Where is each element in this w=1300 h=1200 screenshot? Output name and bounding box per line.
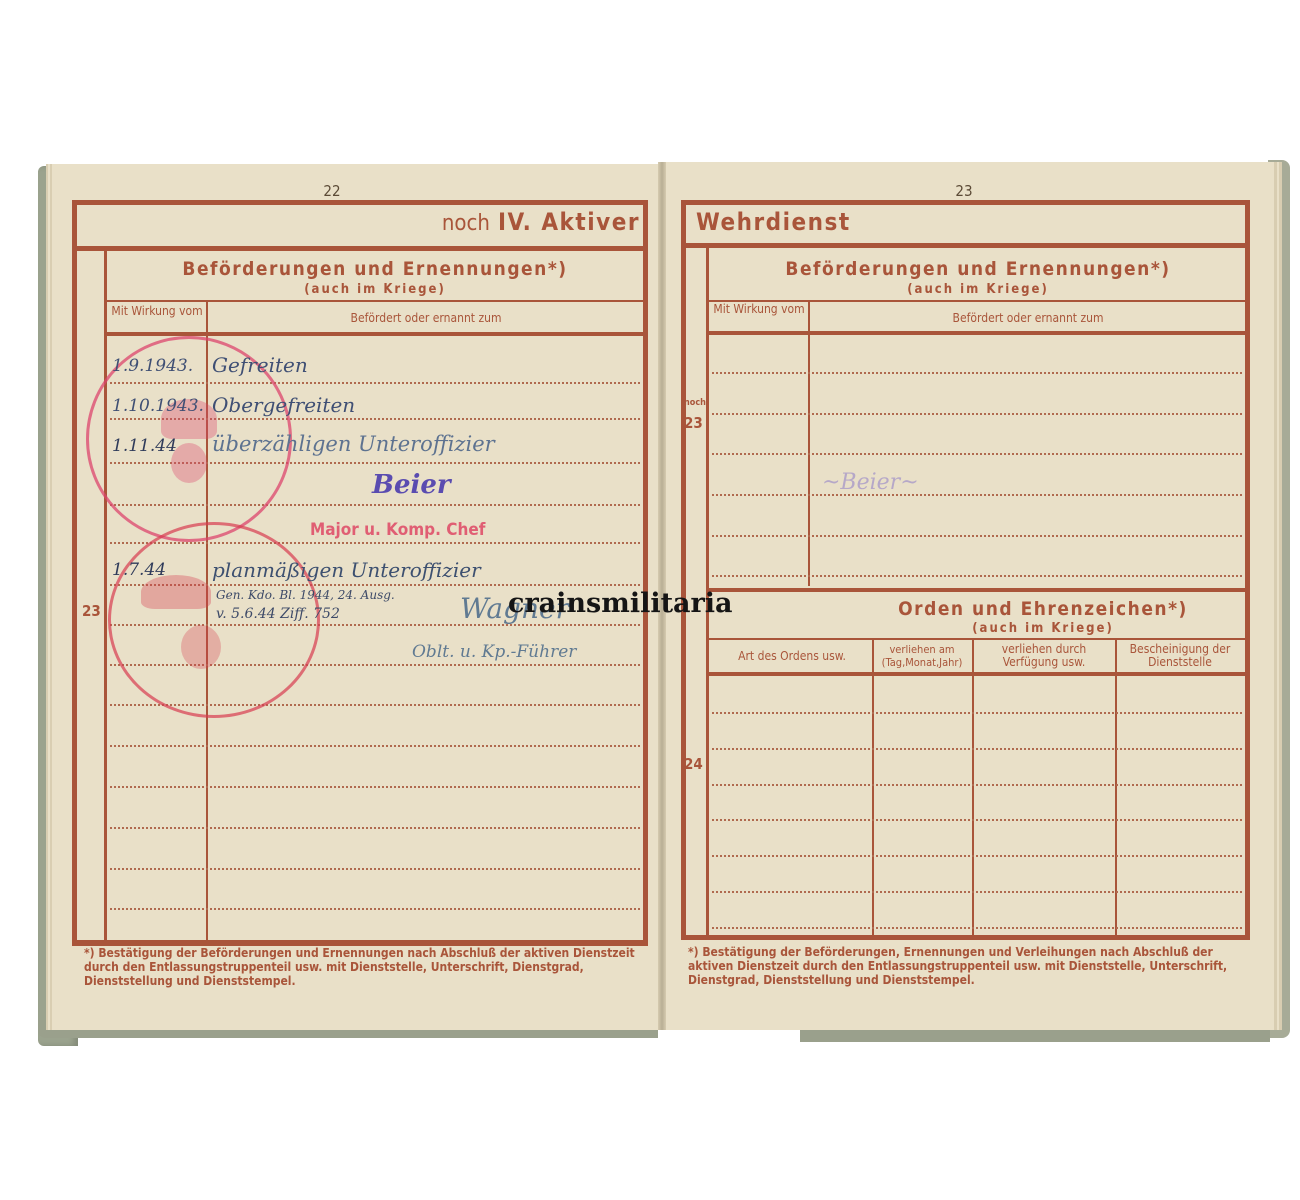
row-line (110, 827, 640, 829)
signature: Beier (372, 470, 451, 500)
column-divider (872, 640, 874, 940)
stamp-signature-title: Major u. Komp. Chef (310, 520, 485, 540)
entry-date: 1.10.1943. (112, 396, 204, 416)
entry-rank: Obergefreiten (212, 393, 355, 417)
entry-date: 1.11.44 (112, 436, 177, 456)
entry-note: Gen. Kdo. Bl. 1944, 24. Ausg. (216, 588, 395, 602)
watermark: crainsmilitaria (508, 588, 733, 619)
column-divider (808, 302, 810, 586)
column-header-awarded-by: verliehen durch Verfügung usw. (974, 643, 1114, 669)
row-line (110, 868, 640, 870)
page-number: 22 (312, 182, 352, 200)
row-line (712, 712, 1242, 714)
divider (681, 243, 1250, 248)
entry-rank: überzähligen Unteroffizier (212, 432, 495, 456)
column-header-date: Mit Wirkung vom (110, 305, 204, 318)
row-line (712, 494, 1242, 496)
row-line (110, 786, 640, 788)
divider (709, 638, 1245, 640)
eagle-emblem-icon (141, 575, 211, 609)
column-header-decoration: Art des Ordens usw. (712, 650, 872, 663)
column-header-date: Mit Wirkung vom (712, 303, 806, 316)
footnote: *) Bestätigung der Beförderungen und Ern… (84, 946, 640, 988)
row-line (712, 784, 1242, 786)
divider (681, 936, 1250, 940)
margin-column-divider (104, 251, 107, 941)
section-title: nochIV. Aktiver (442, 208, 640, 236)
entry-rank: planmäßigen Unteroffizier (212, 558, 481, 582)
row-line (712, 453, 1242, 455)
row-line (712, 819, 1242, 821)
column-header-rank: Befördert oder ernannt zum (210, 312, 642, 325)
divider (709, 331, 1245, 335)
divider (72, 246, 648, 251)
table-subtitle: (auch im Kriege) (710, 282, 1246, 297)
section-title: Wehrdienst (696, 208, 851, 236)
page-number: 23 (944, 182, 984, 200)
row-line (712, 372, 1242, 374)
margin-number-prefix: noch (684, 398, 706, 408)
entry-note: v. 5.6.44 Ziff. 752 (216, 606, 340, 622)
wreath-emblem-icon (181, 625, 221, 669)
row-line (712, 535, 1242, 537)
divider (706, 588, 1250, 592)
row-line (712, 891, 1242, 893)
signature-title: Oblt. u. Kp.-Führer (412, 642, 576, 662)
row-line (712, 748, 1242, 750)
section-title-prefix: noch (442, 211, 490, 236)
column-header-date-awarded: verliehen am (Tag,Monat,Jahr) (874, 643, 970, 669)
footnote: *) Bestätigung der Beförderungen, Ernenn… (688, 945, 1244, 987)
table-title: Beförderungen und Ernennungen*) (107, 258, 643, 280)
column-header-certification: Bescheinigung der Dienststelle (1118, 643, 1242, 669)
entry-date: 1.7.44 (112, 560, 166, 580)
column-divider (1115, 640, 1117, 940)
divider (72, 940, 648, 944)
faded-signature: ~Beier~ (822, 470, 919, 495)
row-line (712, 413, 1242, 415)
margin-number: 23 (82, 602, 101, 620)
entry-rank: Gefreiten (212, 353, 308, 377)
entry-date: 1.9.1943. (112, 356, 193, 376)
row-line (712, 855, 1242, 857)
margin-number: 24 (684, 755, 703, 773)
row-line (110, 908, 640, 910)
margin-number: 23 (684, 414, 703, 432)
section-title-text: IV. Aktiver (498, 208, 640, 236)
divider (709, 672, 1245, 676)
row-line (110, 745, 640, 747)
table-subtitle: (auch im Kriege) (107, 282, 643, 297)
column-divider (972, 640, 974, 940)
decorations-title: Orden und Ehrenzeichen*) (710, 598, 1246, 620)
row-line (712, 927, 1242, 929)
divider (107, 300, 643, 302)
table-title: Beförderungen und Ernennungen*) (710, 258, 1246, 280)
column-header-rank: Befördert oder ernannt zum (812, 312, 1244, 325)
decorations-subtitle: (auch im Kriege) (710, 621, 1246, 636)
row-line (712, 575, 1242, 577)
